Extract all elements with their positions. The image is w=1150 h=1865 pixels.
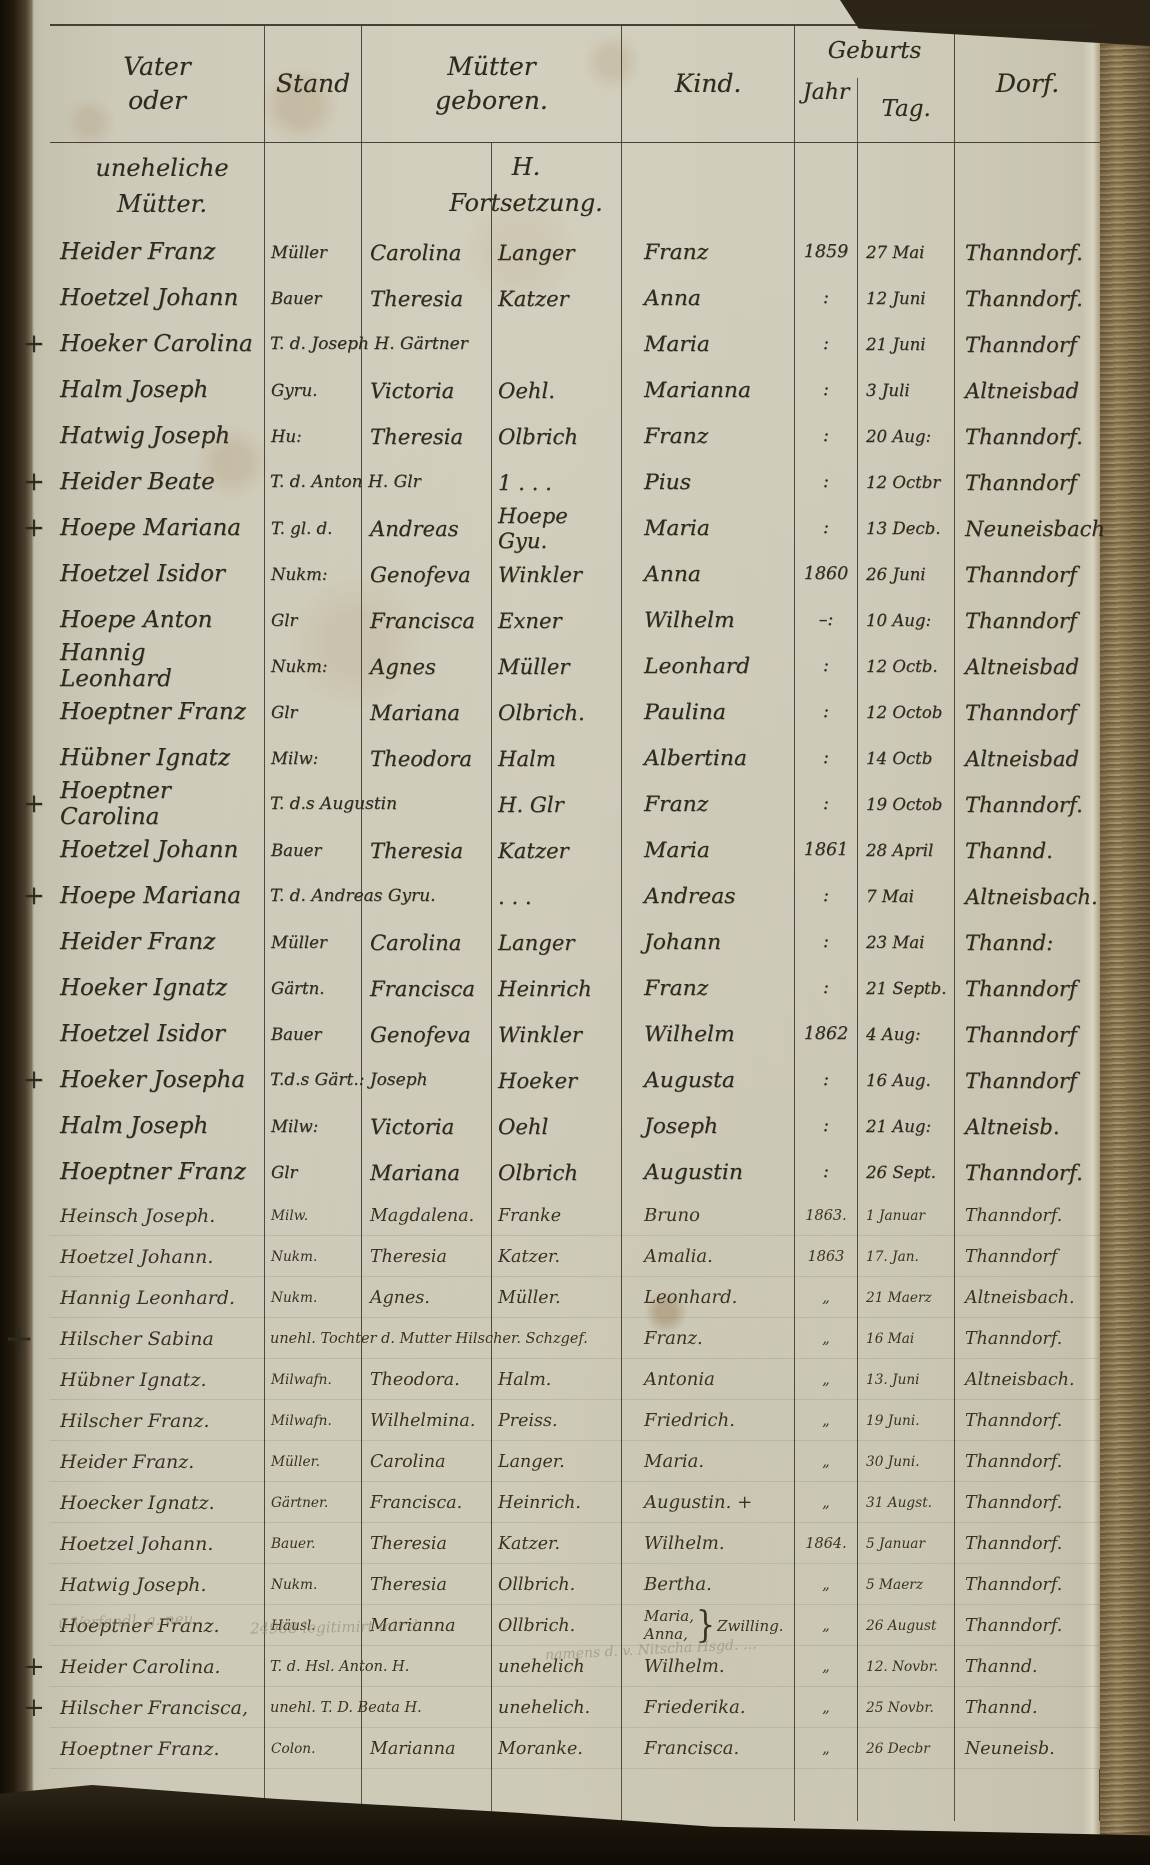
header-kind: Kind.: [622, 26, 795, 142]
cell-geburt-tag: 10 Aug:: [858, 597, 955, 643]
cell-vater: Halm Joseph: [50, 1103, 265, 1149]
register-row: Hatwig JosephHu:TheresiaOlbrichFranz:20 …: [50, 413, 1100, 459]
cell-geburt-tag: 12 Octbr: [858, 459, 955, 505]
subheader-left-label: uneheliche Mütter.: [60, 150, 264, 222]
register-book-photo: Vater oder Stand Mütter geboren. Kind. G…: [0, 0, 1150, 1865]
cell-stand: T.d.s Gärt.: Joseph: [265, 1057, 362, 1103]
cell-vater: Hoeker Ignatz: [50, 965, 265, 1011]
register-row: Halm JosephMilw:VictoriaOehlJoseph:21 Au…: [50, 1103, 1100, 1149]
cell-stand: Müller: [265, 229, 362, 275]
cell-geburt-jahr: :: [795, 1103, 858, 1149]
cell-geburt-jahr: :: [795, 505, 858, 551]
cell-kind: Wilhelm: [622, 597, 795, 643]
cell-mutter-vorname: Francisca: [362, 597, 492, 643]
cell-stand: Bauer: [265, 827, 362, 873]
cell-mutter-geboren: Winkler: [492, 1011, 622, 1057]
subheader-fortsetzung: H. Fortsetzung.: [362, 143, 492, 229]
cell-dorf: Thannd:: [955, 919, 1100, 965]
header-stand: Stand: [265, 26, 362, 142]
cell-kind: Bruno: [622, 1195, 795, 1236]
cell-dorf: Thannd.: [955, 1687, 1100, 1728]
cell-stand: Milw:: [265, 735, 362, 781]
cell-kind: Wilhelm: [622, 1011, 795, 1057]
cell-vater: Hoepe Mariana: [50, 505, 265, 551]
subheader-empty: [955, 143, 1100, 229]
cell-geburt-jahr: 1861: [795, 827, 858, 873]
header-geburt-split: Jahr Tag.: [795, 78, 954, 142]
subheader-empty: [858, 143, 955, 229]
cell-vater: Hoeptner Franz.: [50, 1728, 265, 1769]
cell-stand-spanning-text: unehl. Tochter d. Mutter Hilscher. Schzg…: [270, 1331, 588, 1347]
register-row: +Heider BeateT. d. Anton H. Glr1 . . .Pi…: [50, 459, 1100, 505]
cell-stand: T. d. Andreas Gyru.: [265, 873, 362, 919]
cell-kind: Pius: [622, 459, 795, 505]
register-row: Hoetzel Johann.Nukm.TheresiaKatzer.Amali…: [50, 1236, 1100, 1277]
cell-geburt-jahr: „: [795, 1400, 858, 1441]
cell-stand-spanning-text: T. d.s Augustin: [270, 794, 397, 814]
cell-geburt-jahr: :: [795, 689, 858, 735]
cell-stand-spanning-text: T. d. Andreas Gyru.: [270, 886, 436, 906]
cell-vater: Hoeptner Franz: [50, 1149, 265, 1195]
cell-kind: Maria: [622, 827, 795, 873]
cell-vater: Hatwig Joseph.: [50, 1564, 265, 1605]
cell-kind: Franz: [622, 965, 795, 1011]
cell-geburt-jahr: „: [795, 1646, 858, 1687]
cell-stand: Milwafn.: [265, 1359, 362, 1400]
cell-mutter-geboren: Halm.: [492, 1359, 622, 1400]
cell-vater: Heider Franz: [50, 229, 265, 275]
cell-stand: Bauer: [265, 275, 362, 321]
cell-geburt-tag: 26 Juni: [858, 551, 955, 597]
tail-cell: [858, 1769, 955, 1821]
cell-vater: Hoetzel Johann.: [50, 1236, 265, 1277]
rows: Heider FranzMüllerCarolinaLangerFranz185…: [50, 229, 1100, 1769]
cell-geburt-tag: 28 April: [858, 827, 955, 873]
cell-mutter-vorname: Agnes.: [362, 1277, 492, 1318]
cell-kind: Johann: [622, 919, 795, 965]
cell-mutter-vorname: Marianna: [362, 1728, 492, 1769]
cell-geburt-jahr: „: [795, 1277, 858, 1318]
cell-mutter-vorname: Theodora.: [362, 1359, 492, 1400]
header-geburt: Geburts Jahr Tag.: [795, 26, 955, 142]
cell-kind: Paulina: [622, 689, 795, 735]
cell-mutter-geboren: Katzer: [492, 275, 622, 321]
cell-stand: T. d. Anton H. Glr: [265, 459, 362, 505]
cell-stand: Nukm.: [265, 1236, 362, 1277]
cell-mutter-geboren: Hoeker: [492, 1057, 622, 1103]
cell-geburt-jahr: „: [795, 1687, 858, 1728]
cell-stand: Müller.: [265, 1441, 362, 1482]
cell-geburt-jahr: „: [795, 1441, 858, 1482]
cell-mutter-geboren: Halm: [492, 735, 622, 781]
cell-stand: Bauer: [265, 1011, 362, 1057]
cell-dorf: Thanndorf.: [955, 1318, 1100, 1359]
register-row: +Hoepe MarianaT. d. Andreas Gyru.. . .An…: [50, 873, 1100, 919]
cell-geburt-jahr: :: [795, 367, 858, 413]
cell-vater: Hoeker Carolina: [50, 321, 265, 367]
cell-mutter-vorname: Magdalena.: [362, 1195, 492, 1236]
cell-dorf: Thanndorf: [955, 1011, 1100, 1057]
cell-dorf: Altneisbach.: [955, 1359, 1100, 1400]
cell-kind: Wilhelm.: [622, 1523, 795, 1564]
cell-mutter-geboren: Olbrich: [492, 413, 622, 459]
cell-mutter-vorname: Victoria: [362, 367, 492, 413]
cell-geburt-jahr: :: [795, 643, 858, 689]
register-row: Hoetzel JohannBauerTheresiaKatzerAnna:12…: [50, 275, 1100, 321]
cell-vater: Hübner Ignatz: [50, 735, 265, 781]
cell-vater: Heider Franz.: [50, 1441, 265, 1482]
cell-vater: Heider Carolina.: [50, 1646, 265, 1687]
cell-dorf: Thanndorf.: [955, 1149, 1100, 1195]
cell-geburt-jahr: :: [795, 459, 858, 505]
cell-stand: Hu:: [265, 413, 362, 459]
cell-geburt-jahr: „: [795, 1318, 858, 1359]
cell-kind: Maria: [622, 505, 795, 551]
cell-stand: Nukm:: [265, 551, 362, 597]
register-row: Heider FranzMüllerCarolinaLangerFranz185…: [50, 229, 1100, 275]
cell-geburt-tag: 27 Mai: [858, 229, 955, 275]
cell-mutter-geboren: Langer.: [492, 1441, 622, 1482]
cell-stand-spanning-text: T.d.s Gärt.: Joseph: [270, 1070, 428, 1090]
register-row: Hoecker Ignatz.Gärtner.Francisca.Heinric…: [50, 1482, 1100, 1523]
cell-vater: Hoeker Josepha: [50, 1057, 265, 1103]
cell-dorf: Thanndorf: [955, 597, 1100, 643]
pencil-annotation: 24988 legitimirt mit d. …: [250, 1616, 443, 1637]
cell-geburt-jahr: „: [795, 1728, 858, 1769]
cell-dorf: Altneisbad: [955, 643, 1100, 689]
cell-geburt-jahr: 1863: [795, 1236, 858, 1277]
cell-stand: unehl. Tochter d. Mutter Hilscher. Schzg…: [265, 1318, 362, 1359]
cell-kind: Leonhard.: [622, 1277, 795, 1318]
cell-dorf: Thanndorf.: [955, 1482, 1100, 1523]
cell-vater: Hoepe Anton: [50, 597, 265, 643]
cell-kind: Friederika.: [622, 1687, 795, 1728]
register-row: Hübner Ignatz.Milwafn.Theodora.Halm.Anto…: [50, 1359, 1100, 1400]
cell-geburt-tag: 12 Octb.: [858, 643, 955, 689]
cell-stand: Nukm.: [265, 1564, 362, 1605]
register-row: Hatwig Joseph.Nukm.TheresiaOllbrich.Bert…: [50, 1564, 1100, 1605]
header-mutter: Mütter geboren.: [362, 26, 622, 142]
cell-geburt-tag: 1 Januar: [858, 1195, 955, 1236]
cell-vater: Hilscher Francisca,: [50, 1687, 265, 1728]
header-dorf: Dorf.: [955, 26, 1100, 142]
cell-geburt-tag: 26 August: [858, 1605, 955, 1646]
cell-stand: Müller: [265, 919, 362, 965]
cell-geburt-tag: 31 Augst.: [858, 1482, 955, 1523]
cell-dorf: Thanndorf: [955, 689, 1100, 735]
margin-cross-mark: +: [23, 789, 45, 819]
register-row: +Hoepe MarianaT. gl. d.AndreasHoepe Gyu.…: [50, 505, 1100, 551]
cell-geburt-jahr: :: [795, 413, 858, 459]
subheader-empty: [795, 143, 858, 229]
cell-dorf: Thanndorf.: [955, 781, 1100, 827]
cell-mutter-vorname: Theresia: [362, 413, 492, 459]
twin-label: Zwilling.: [717, 1617, 783, 1635]
register-row: Hoepe AntonGlrFranciscaExnerWilhelm–:10 …: [50, 597, 1100, 643]
cell-mutter-geboren: Preiss.: [492, 1400, 622, 1441]
cell-kind: Franz: [622, 781, 795, 827]
cell-stand: Milwafn.: [265, 1400, 362, 1441]
register-row: Hoetzel Johann.Bauer.TheresiaKatzer.Wilh…: [50, 1523, 1100, 1564]
register-row: Hilscher Franz.Milwafn.Wilhelmina.Preiss…: [50, 1400, 1100, 1441]
cell-geburt-jahr: :: [795, 919, 858, 965]
cell-kind: Franz: [622, 229, 795, 275]
cell-mutter-vorname: Genofeva: [362, 1011, 492, 1057]
cell-mutter-vorname: Carolina: [362, 919, 492, 965]
cell-kind: Francisca.: [622, 1728, 795, 1769]
register-row: Hoeptner Franz.Colon.MariannaMoranke.Fra…: [50, 1728, 1100, 1769]
register-row: Hannig Leonhard.Nukm.Agnes.Müller.Leonha…: [50, 1277, 1100, 1318]
cell-mutter-vorname: Andreas: [362, 505, 492, 551]
cell-kind: Antonia: [622, 1359, 795, 1400]
register-row: Hoeptner FranzGlrMarianaOlbrich.Paulina:…: [50, 689, 1100, 735]
cell-vater: Hilscher Sabina: [50, 1318, 265, 1359]
cell-dorf: Neuneisb.: [955, 1728, 1100, 1769]
cell-mutter-geboren: . . .: [492, 873, 622, 919]
cell-vater: Hannig Leonhard: [50, 643, 265, 689]
cell-mutter-geboren: Moranke.: [492, 1728, 622, 1769]
register-row: Hoeker IgnatzGärtn.FranciscaHeinrichFran…: [50, 965, 1100, 1011]
cell-geburt-jahr: :: [795, 1057, 858, 1103]
cell-geburt-tag: 19 Juni.: [858, 1400, 955, 1441]
register-row: Hoetzel IsidorBauerGenofevaWinklerWilhel…: [50, 1011, 1100, 1057]
cell-geburt-tag: 23 Mai: [858, 919, 955, 965]
cell-geburt-tag: 30 Juni.: [858, 1441, 955, 1482]
subheader-row: uneheliche Mütter. H. Fortsetzung.: [50, 143, 1100, 229]
cell-vater: Heider Beate: [50, 459, 265, 505]
book-binding-left: [0, 0, 34, 1865]
cell-stand-spanning-text: unehl. T. D. Beata H.: [270, 1700, 422, 1716]
cell-mutter-geboren: H. Glr: [492, 781, 622, 827]
cell-mutter-geboren: Heinrich.: [492, 1482, 622, 1523]
cell-mutter-vorname: Carolina: [362, 229, 492, 275]
cell-kind: Friedrich.: [622, 1400, 795, 1441]
cell-geburt-jahr: :: [795, 873, 858, 919]
cell-kind: Andreas: [622, 873, 795, 919]
cell-vater: Hoetzel Johann.: [50, 1523, 265, 1564]
cell-mutter-geboren: Franke: [492, 1195, 622, 1236]
cell-geburt-tag: 26 Sept.: [858, 1149, 955, 1195]
cell-geburt-jahr: 1859: [795, 229, 858, 275]
cell-kind: Franz.: [622, 1318, 795, 1359]
cell-vater: Hoepe Mariana: [50, 873, 265, 919]
cell-stand: Bauer.: [265, 1523, 362, 1564]
cell-stand: Nukm:: [265, 643, 362, 689]
header-tag: Tag.: [857, 78, 954, 142]
cell-vater: Hoetzel Isidor: [50, 551, 265, 597]
cell-geburt-jahr: :: [795, 1149, 858, 1195]
cell-kind: Anna: [622, 275, 795, 321]
cell-geburt-jahr: 1864.: [795, 1523, 858, 1564]
cell-dorf: Thanndorf: [955, 1057, 1100, 1103]
cell-stand: Milw:: [265, 1103, 362, 1149]
cell-dorf: Thanndorf.: [955, 413, 1100, 459]
cell-kind: Maria: [622, 321, 795, 367]
cell-mutter-geboren: Heinrich: [492, 965, 622, 1011]
margin-cross-mark: +: [4, 1318, 34, 1359]
tail-cell: [622, 1769, 795, 1821]
cell-dorf: Altneisb.: [955, 1103, 1100, 1149]
cell-mutter-vorname: Mariana: [362, 1149, 492, 1195]
cell-mutter-geboren: Hoepe Gyu.: [492, 505, 622, 551]
cell-mutter-vorname: Agnes: [362, 643, 492, 689]
header-jahr: Jahr: [795, 78, 857, 142]
cell-stand: Colon.: [265, 1728, 362, 1769]
register-row: Hoeptner FranzGlrMarianaOlbrichAugustin:…: [50, 1149, 1100, 1195]
cell-kind: Joseph: [622, 1103, 795, 1149]
cell-stand: T. d. Hsl. Anton. H.: [265, 1646, 362, 1687]
cell-vater: Hannig Leonhard.: [50, 1277, 265, 1318]
cell-geburt-tag: 21 Aug:: [858, 1103, 955, 1149]
cell-vater: Hoeptner Franz: [50, 689, 265, 735]
cell-geburt-jahr: :: [795, 781, 858, 827]
cell-geburt-tag: 5 Januar: [858, 1523, 955, 1564]
cell-geburt-jahr: „: [795, 1359, 858, 1400]
cell-geburt-tag: 3 Juli: [858, 367, 955, 413]
cell-mutter-vorname: Theresia: [362, 1523, 492, 1564]
subheader-uneheliche: uneheliche Mütter.: [50, 143, 265, 229]
cell-stand: Glr: [265, 689, 362, 735]
book-page-edges-right: [1100, 0, 1150, 1865]
cell-kind: Bertha.: [622, 1564, 795, 1605]
cell-mutter-geboren: Katzer.: [492, 1236, 622, 1277]
cell-stand-spanning-text: T. d. Anton H. Glr: [270, 472, 421, 492]
cell-geburt-tag: 13. Juni: [858, 1359, 955, 1400]
cell-mutter-geboren: Langer: [492, 919, 622, 965]
cell-mutter-vorname: Theodora: [362, 735, 492, 781]
cell-kind: Anna: [622, 551, 795, 597]
cell-mutter-geboren: Ollbrich.: [492, 1564, 622, 1605]
register-row: Heider FranzMüllerCarolinaLangerJohann:2…: [50, 919, 1100, 965]
cell-kind: Augusta: [622, 1057, 795, 1103]
cell-geburt-jahr: :: [795, 321, 858, 367]
cell-geburt-tag: 19 Octob: [858, 781, 955, 827]
cell-mutter-geboren: Exner: [492, 597, 622, 643]
cell-dorf: Altneisbad: [955, 735, 1100, 781]
cell-geburt-tag: 25 Novbr.: [858, 1687, 955, 1728]
cell-dorf: Thanndorf.: [955, 1400, 1100, 1441]
cell-vater: Heider Franz: [50, 919, 265, 965]
cell-vater: Hoeptner Carolina: [50, 781, 265, 827]
cell-dorf: Thanndorf: [955, 321, 1100, 367]
cell-vater: Hilscher Franz.: [50, 1400, 265, 1441]
margin-cross-mark: +: [23, 1652, 45, 1682]
cell-dorf: Thanndorf.: [955, 229, 1100, 275]
register-row: +Hilscher Francisca,unehl. T. D. Beata H…: [50, 1687, 1100, 1728]
cell-mutter-geboren: Katzer.: [492, 1523, 622, 1564]
cell-vater: Hoetzel Isidor: [50, 1011, 265, 1057]
cell-dorf: Thannd.: [955, 1646, 1100, 1687]
cell-kind: Albertina: [622, 735, 795, 781]
margin-cross-mark: +: [23, 1065, 45, 1095]
cell-mutter-geboren: Olbrich.: [492, 689, 622, 735]
cell-stand: T. d. Joseph H. Gärtner: [265, 321, 362, 367]
cell-geburt-jahr: „: [795, 1564, 858, 1605]
cell-dorf: Thanndorf: [955, 1236, 1100, 1277]
cell-dorf: Altneisbad: [955, 367, 1100, 413]
tail-cell: [795, 1769, 858, 1821]
margin-cross-mark: +: [23, 467, 45, 497]
register-row: Hoeptner Franz.Häusl.MariannaOllbrich.Ma…: [50, 1605, 1100, 1646]
cell-kind: Augustin. +: [622, 1482, 795, 1523]
cell-mutter-geboren: Oehl: [492, 1103, 622, 1149]
cell-dorf: Thanndorf: [955, 551, 1100, 597]
cell-stand: Gyru.: [265, 367, 362, 413]
cell-vater: Hoecker Ignatz.: [50, 1482, 265, 1523]
register-row: +Hilscher Sabinaunehl. Tochter d. Mutter…: [50, 1318, 1100, 1359]
margin-cross-mark: +: [23, 1693, 45, 1723]
cell-dorf: Thanndorf.: [955, 1564, 1100, 1605]
cell-vater: Hoetzel Johann: [50, 827, 265, 873]
cell-mutter-geboren: Müller.: [492, 1277, 622, 1318]
cell-kind: Amalia.: [622, 1236, 795, 1277]
cell-mutter-geboren: Winkler: [492, 551, 622, 597]
cell-stand: T. gl. d.: [265, 505, 362, 551]
cell-vater: Hoetzel Johann: [50, 275, 265, 321]
cell-dorf: Thanndorf.: [955, 1523, 1100, 1564]
cell-dorf: Altneisbach.: [955, 873, 1100, 919]
cell-geburt-tag: 12. Novbr.: [858, 1646, 955, 1687]
cell-geburt-tag: 21 Maerz: [858, 1277, 955, 1318]
cell-mutter-vorname: Genofeva: [362, 551, 492, 597]
register-row: +Hoeker JosephaT.d.s Gärt.: JosephHoeker…: [50, 1057, 1100, 1103]
register-row: Hübner IgnatzMilw:TheodoraHalmAlbertina:…: [50, 735, 1100, 781]
register-row: +Hoeptner CarolinaT. d.s AugustinH. GlrF…: [50, 781, 1100, 827]
cell-mutter-vorname: Carolina: [362, 1441, 492, 1482]
cell-geburt-jahr: „: [795, 1605, 858, 1646]
cell-mutter-vorname: Wilhelmina.: [362, 1400, 492, 1441]
cell-geburt-tag: 26 Decbr: [858, 1728, 955, 1769]
cell-geburt-tag: 14 Octb: [858, 735, 955, 781]
cell-dorf: Neuneisbach: [955, 505, 1100, 551]
margin-cross-mark: +: [23, 881, 45, 911]
cell-kind: Augustin: [622, 1149, 795, 1195]
cell-mutter-geboren: Langer: [492, 229, 622, 275]
cell-mutter-geboren: [492, 321, 622, 367]
tail-cell: [955, 1769, 1100, 1821]
cell-geburt-jahr: „: [795, 1482, 858, 1523]
register-row: Heinsch Joseph.Milw.Magdalena.FrankeBrun…: [50, 1195, 1100, 1236]
cell-stand: T. d.s Augustin: [265, 781, 362, 827]
cell-stand: unehl. T. D. Beata H.: [265, 1687, 362, 1728]
cell-mutter-geboren: Olbrich: [492, 1149, 622, 1195]
cell-vater: Halm Joseph: [50, 367, 265, 413]
cell-mutter-geboren: 1 . . .: [492, 459, 622, 505]
cell-mutter-vorname: Francisca.: [362, 1482, 492, 1523]
register-row: Heider Franz.Müller.CarolinaLanger.Maria…: [50, 1441, 1100, 1482]
cell-stand: Milw.: [265, 1195, 362, 1236]
cell-dorf: Thanndorf: [955, 459, 1100, 505]
cell-mutter-geboren: Katzer: [492, 827, 622, 873]
cell-mutter-vorname: Theresia: [362, 827, 492, 873]
cell-geburt-tag: 21 Septb.: [858, 965, 955, 1011]
cell-geburt-tag: 16 Aug.: [858, 1057, 955, 1103]
cell-kind: Leonhard: [622, 643, 795, 689]
register-row: Hoetzel JohannBauerTheresiaKatzerMaria18…: [50, 827, 1100, 873]
cell-geburt-jahr: :: [795, 275, 858, 321]
cell-geburt-jahr: 1863.: [795, 1195, 858, 1236]
cell-mutter-geboren: Ollbrich.: [492, 1605, 622, 1646]
cell-kind: Maria.: [622, 1441, 795, 1482]
cell-dorf: Thanndorf.: [955, 1195, 1100, 1236]
cell-stand: Gärtner.: [265, 1482, 362, 1523]
cell-geburt-tag: 4 Aug:: [858, 1011, 955, 1057]
cell-mutter-vorname: Francisca: [362, 965, 492, 1011]
register-table: Vater oder Stand Mütter geboren. Kind. G…: [50, 24, 1100, 1821]
cell-vater: Hatwig Joseph: [50, 413, 265, 459]
cell-mutter-vorname: Victoria: [362, 1103, 492, 1149]
subheader-stand-empty: [265, 143, 362, 229]
